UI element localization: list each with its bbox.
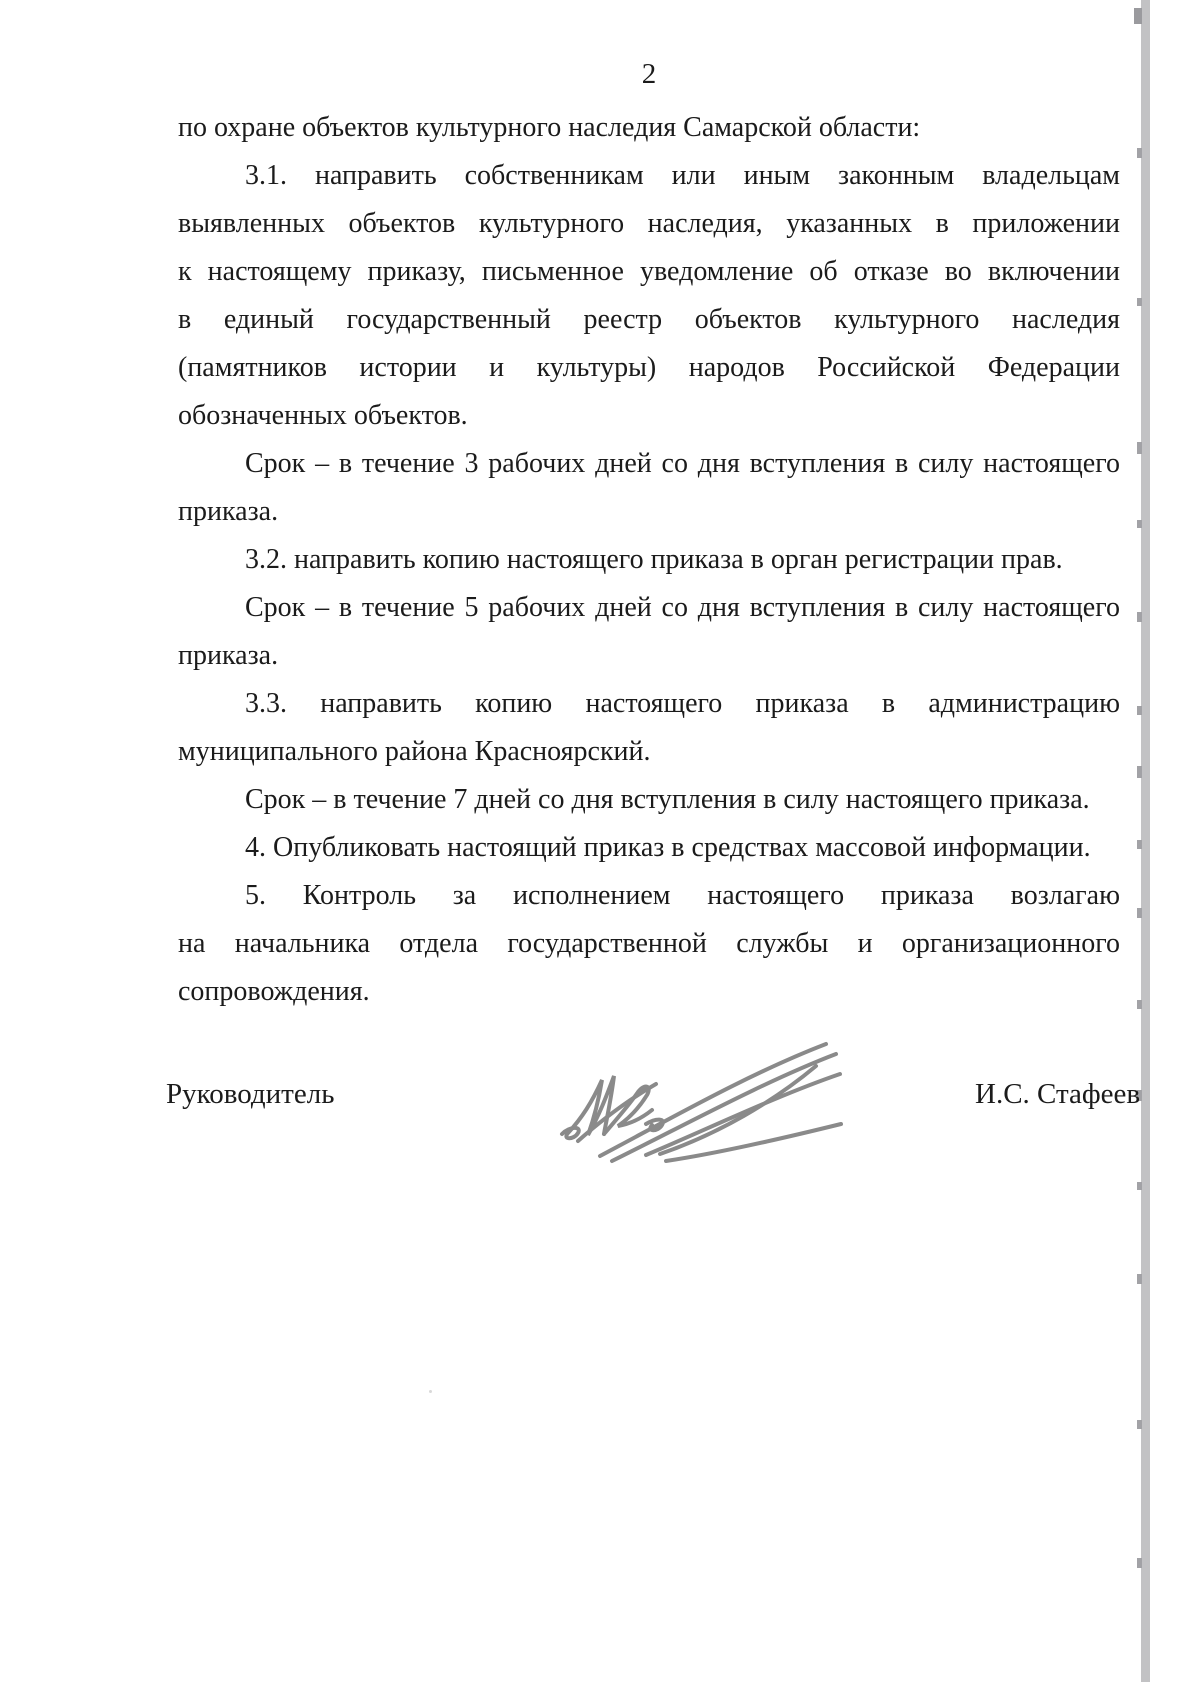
paragraph: 5. Контроль за исполнением настоящего пр… xyxy=(178,872,1120,1016)
scan-artifact-tick xyxy=(1137,908,1142,918)
signatory-name: И.С. Стафеев xyxy=(975,1078,1140,1111)
document-page: 2 по охране объектов культурного наследи… xyxy=(0,0,1200,1697)
scan-artifact-tick xyxy=(1137,442,1142,454)
text-line: по охране объектов культурного наследия … xyxy=(178,104,1120,152)
text-line: обозначенных объектов. xyxy=(178,392,1120,440)
scan-artifact-tick xyxy=(1137,706,1142,715)
scan-artifact-tick xyxy=(1137,1182,1142,1190)
text-line: сопровождения. xyxy=(178,968,1120,1016)
signatory-title: Руководитель xyxy=(166,1078,334,1111)
scan-artifact-notch xyxy=(1134,8,1142,24)
paragraph: 3.2. направить копию настоящего приказа … xyxy=(178,536,1120,584)
text-line: 5. Контроль за исполнением настоящего пр… xyxy=(178,872,1120,920)
page-number: 2 xyxy=(178,58,1120,91)
paragraph: 3.1. направить собственникам или иным за… xyxy=(178,152,1120,440)
scan-artifact-tick xyxy=(1137,520,1142,528)
text-line: на начальника отдела государственной слу… xyxy=(178,920,1120,968)
text-line: 3.1. направить собственникам или иным за… xyxy=(178,152,1120,200)
text-line: в единый государственный реестр объектов… xyxy=(178,296,1120,344)
text-line: (памятников истории и культуры) народов … xyxy=(178,344,1120,392)
scan-artifact-tick xyxy=(1137,1558,1142,1568)
text-line: Срок – в течение 5 рабочих дней со дня в… xyxy=(178,584,1120,632)
text-line: Срок – в течение 7 дней со дня вступлени… xyxy=(178,776,1120,824)
text-line: приказа. xyxy=(178,488,1120,536)
scan-artifact-tick xyxy=(1137,766,1142,778)
text-line: Срок – в течение 3 рабочих дней со дня в… xyxy=(178,440,1120,488)
scan-artifact-bar xyxy=(1141,0,1150,1682)
paragraph: 4. Опубликовать настоящий приказ в средс… xyxy=(178,824,1120,872)
scan-artifact-tick xyxy=(1137,612,1142,622)
paragraph: Срок – в течение 5 рабочих дней со дня в… xyxy=(178,584,1120,680)
scan-artifact-tick xyxy=(1137,148,1142,158)
paragraph: Срок – в течение 7 дней со дня вступлени… xyxy=(178,776,1120,824)
paragraph: 3.3. направить копию настоящего приказа … xyxy=(178,680,1120,776)
scan-speck xyxy=(429,1390,432,1393)
scan-artifact-tick xyxy=(1137,1274,1142,1284)
scan-artifact-tick xyxy=(1137,1000,1142,1009)
handwritten-signature-icon xyxy=(548,1034,848,1174)
text-line: 4. Опубликовать настоящий приказ в средс… xyxy=(178,824,1120,872)
scan-artifact-tick xyxy=(1137,1420,1142,1429)
text-line: муниципального района Красноярский. xyxy=(178,728,1120,776)
text-line: выявленных объектов культурного наследия… xyxy=(178,200,1120,248)
text-line: приказа. xyxy=(178,632,1120,680)
text-line: 3.2. направить копию настоящего приказа … xyxy=(178,536,1120,584)
paragraph: по охране объектов культурного наследия … xyxy=(178,104,1120,152)
scan-artifact-tick xyxy=(1137,840,1142,849)
paragraph: Срок – в течение 3 рабочих дней со дня в… xyxy=(178,440,1120,536)
document-body: по охране объектов культурного наследия … xyxy=(178,104,1120,1016)
text-line: 3.3. направить копию настоящего приказа … xyxy=(178,680,1120,728)
scan-artifact-tick xyxy=(1137,298,1142,306)
text-line: к настоящему приказу, письменное уведомл… xyxy=(178,248,1120,296)
